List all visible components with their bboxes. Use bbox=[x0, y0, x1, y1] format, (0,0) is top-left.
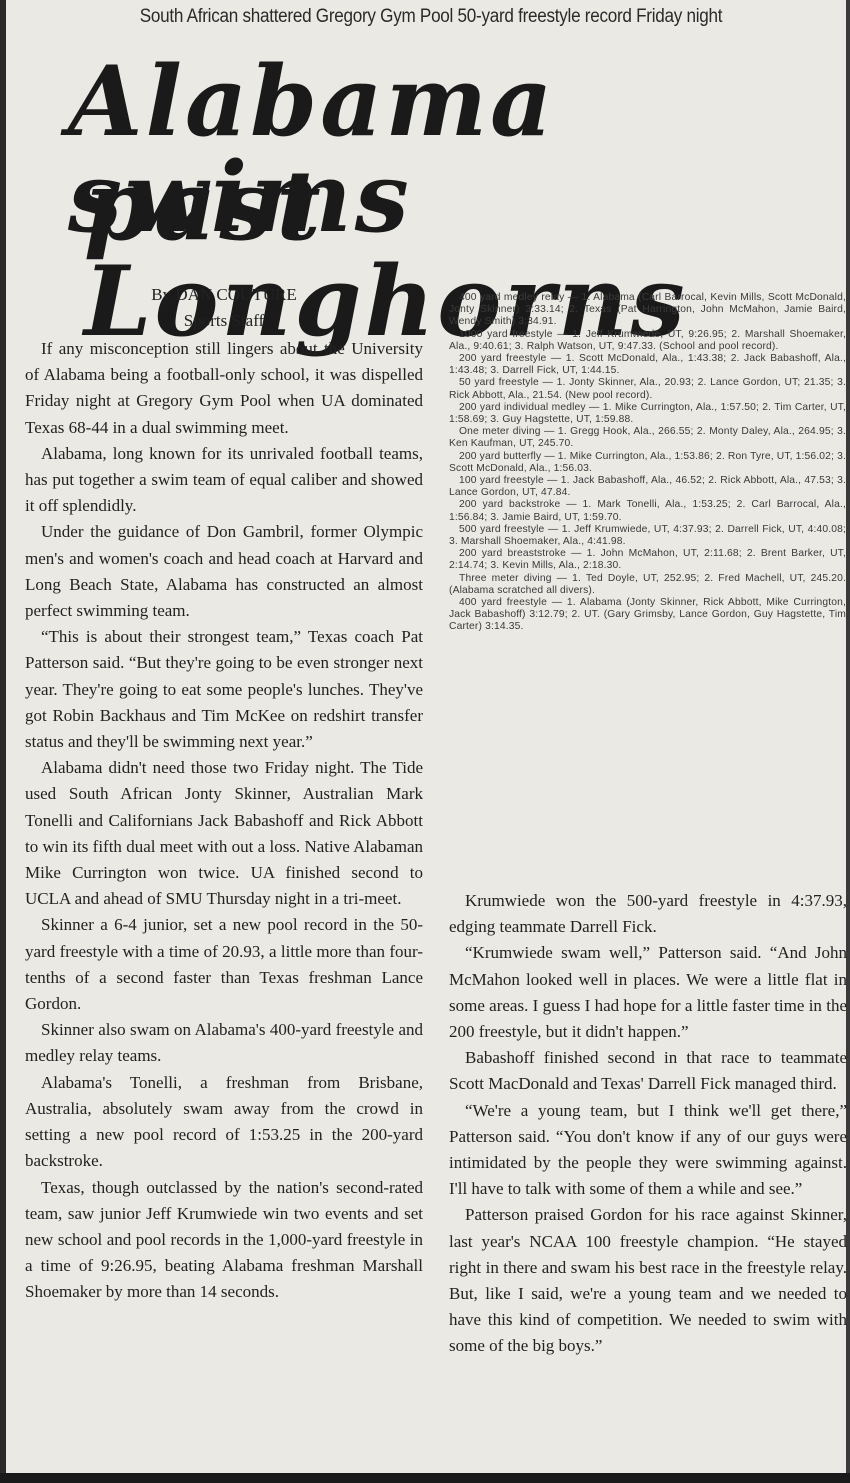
result-entry: 200 yard individual medley — 1. Mike Cur… bbox=[449, 402, 846, 426]
meet-results-box: 400 yard medley relay — 1. Alabama (Carl… bbox=[449, 292, 846, 634]
result-entry: One meter diving — 1. Gregg Hook, Ala., … bbox=[449, 426, 846, 450]
result-entry: 200 yard butterfly — 1. Mike Currington,… bbox=[449, 451, 846, 475]
result-entry: 1000 yard freestyle — 1. Jeff Krumwiede,… bbox=[449, 329, 846, 353]
paragraph: “Krumwiede swam well,” Patterson said. “… bbox=[449, 940, 847, 1045]
paragraph: “This is about their strongest team,” Te… bbox=[25, 624, 423, 755]
result-entry: 200 yard freestyle — 1. Scott McDonald, … bbox=[449, 353, 846, 377]
article-left-column: If any misconception still lingers about… bbox=[25, 336, 423, 1306]
article-right-column: Krumwiede won the 500-yard freestyle in … bbox=[449, 888, 847, 1360]
newspaper-clipping: South African shattered Gregory Gym Pool… bbox=[0, 0, 850, 1483]
paragraph: Alabama's Tonelli, a freshman from Brisb… bbox=[25, 1070, 423, 1175]
result-entry: 500 yard freestyle — 1. Jeff Krumwiede, … bbox=[449, 524, 846, 548]
paragraph: If any misconception still lingers about… bbox=[25, 336, 423, 441]
result-entry: 200 yard breaststroke — 1. John McMahon,… bbox=[449, 548, 846, 572]
kicker-subhead: South African shattered Gregory Gym Pool… bbox=[49, 6, 814, 28]
paragraph: Alabama didn't need those two Friday nig… bbox=[25, 755, 423, 912]
result-entry: 400 yard medley relay — 1. Alabama (Carl… bbox=[449, 292, 846, 329]
paragraph: Babashoff finished second in that race t… bbox=[449, 1045, 847, 1097]
byline-role: Sports Staff bbox=[24, 311, 424, 331]
result-entry: 50 yard freestyle — 1. Jonty Skinner, Al… bbox=[449, 377, 846, 401]
paragraph: “We're a young team, but I think we'll g… bbox=[449, 1098, 847, 1203]
paragraph: Alabama, long known for its unrivaled fo… bbox=[25, 441, 423, 520]
paragraph: Patterson praised Gordon for his race ag… bbox=[449, 1202, 847, 1359]
byline-author: By DAN COUTURE bbox=[24, 285, 424, 305]
page-bottom-border bbox=[0, 1473, 850, 1483]
result-entry: 100 yard freestyle — 1. Jack Babashoff, … bbox=[449, 475, 846, 499]
result-entry: 200 yard backstroke — 1. Mark Tonelli, A… bbox=[449, 499, 846, 523]
paragraph: Skinner also swam on Alabama's 400-yard … bbox=[25, 1017, 423, 1069]
paragraph: Under the guidance of Don Gambril, forme… bbox=[25, 519, 423, 624]
paragraph: Skinner a 6-4 junior, set a new pool rec… bbox=[25, 912, 423, 1017]
paragraph: Krumwiede won the 500-yard freestyle in … bbox=[449, 888, 847, 940]
result-entry: Three meter diving — 1. Ted Doyle, UT, 2… bbox=[449, 573, 846, 597]
paragraph: Texas, though outclassed by the nation's… bbox=[25, 1175, 423, 1306]
result-entry: 400 yard freestyle — 1. Alabama (Jonty S… bbox=[449, 597, 846, 634]
